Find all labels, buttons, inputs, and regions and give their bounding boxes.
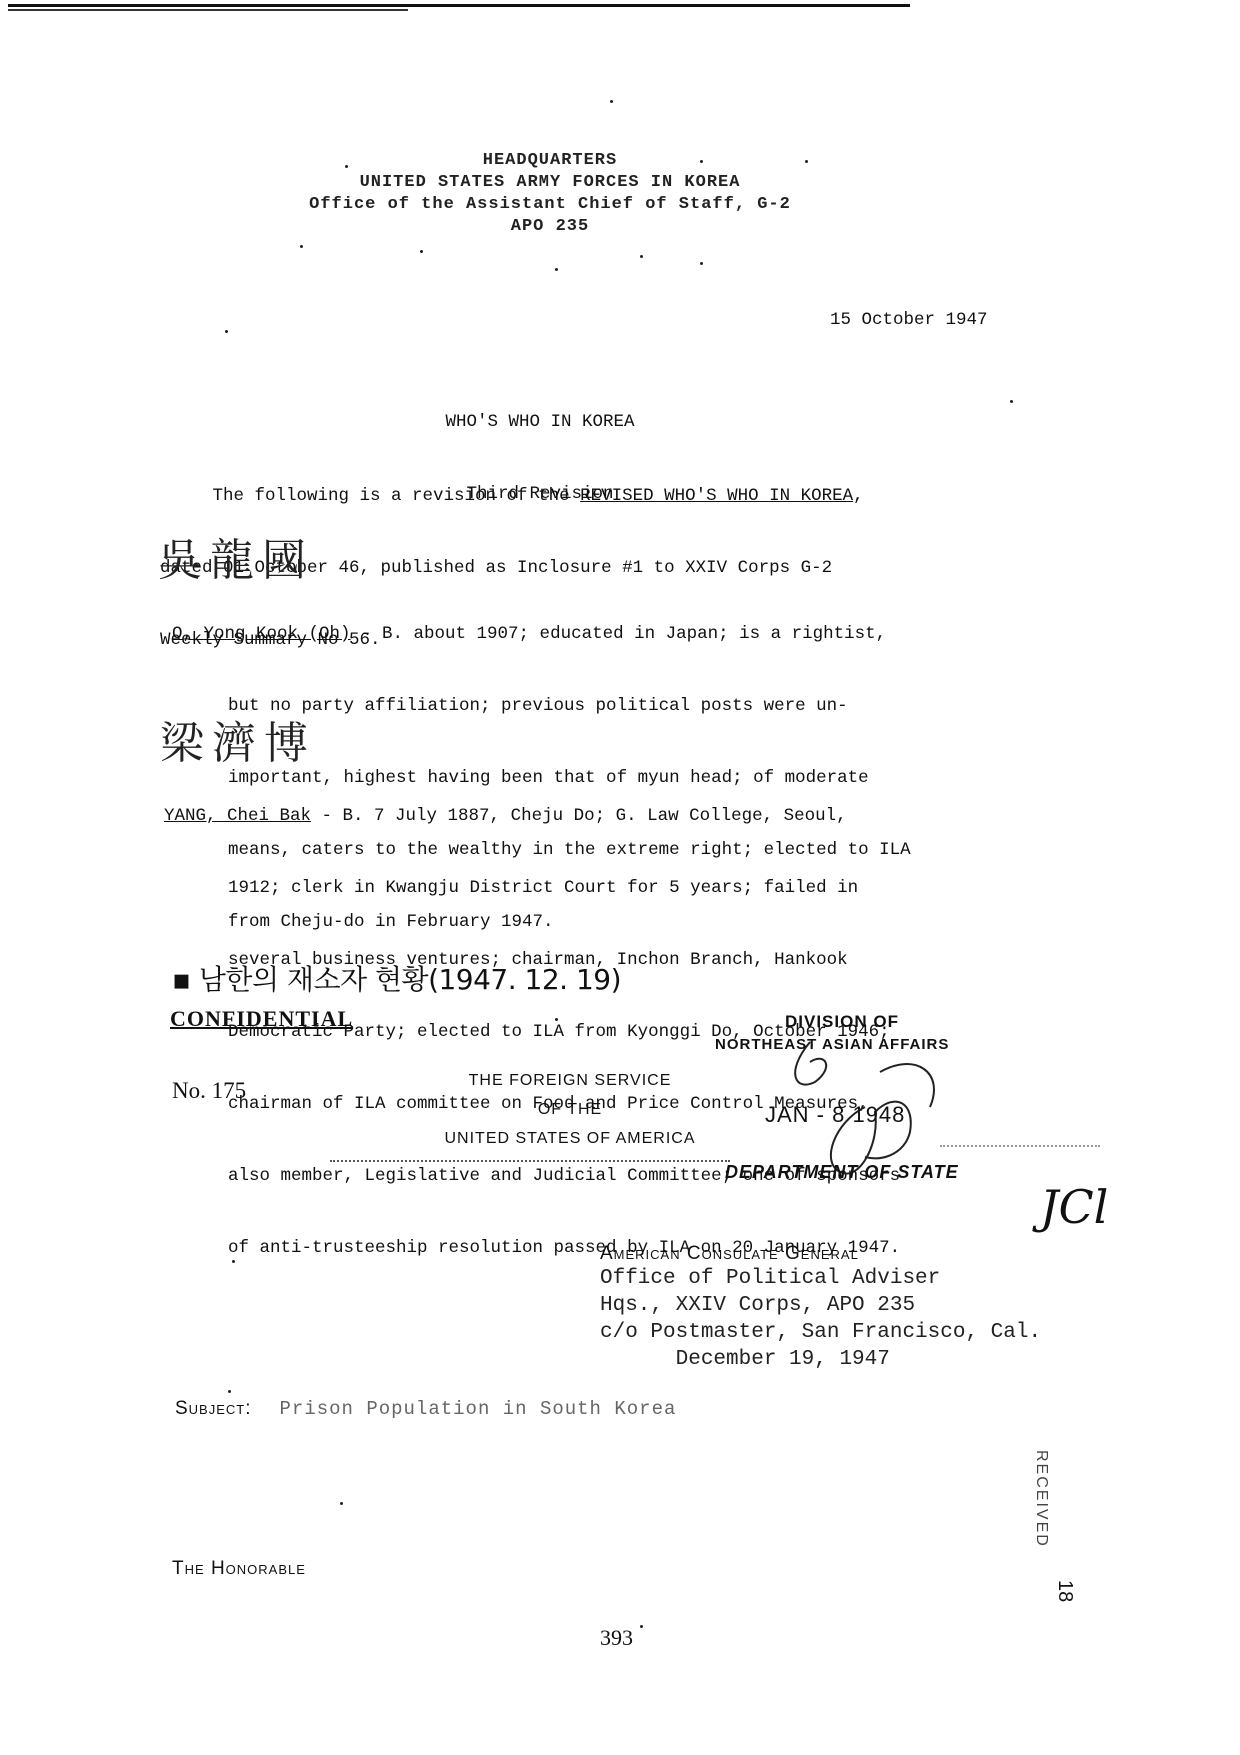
letterhead-line: Office of the Assistant Chief of Staff, … <box>240 194 860 216</box>
dotted-divider <box>330 1160 730 1162</box>
page-number: 393 <box>600 1625 633 1651</box>
addressee: The Honorable <box>172 1558 306 1580</box>
scan-border-line <box>8 4 910 7</box>
letterhead-line: UNITED STATES ARMY FORCES IN KOREA <box>240 172 860 194</box>
sender-address: American Consulate General Office of Pol… <box>600 1243 1041 1373</box>
dispatch-number: No. 175 <box>172 1078 246 1104</box>
entry-name: O, Yong Kook (Oh) <box>172 624 351 644</box>
letterhead-line: APO 235 <box>240 216 860 238</box>
entry-text: - B. 7 July 1887, Cheju Do; G. Law Colle… <box>311 806 847 826</box>
letterhead-line: UNITED STATES OF AMERICA <box>400 1124 740 1153</box>
dispatch-date: December 19, 1947 <box>600 1346 1041 1373</box>
sender-line: Office of Political Adviser <box>600 1265 1041 1292</box>
memo-date: 15 October 1947 <box>830 308 988 332</box>
subject-line: Subject:Prison Population in South Korea <box>175 1398 676 1420</box>
intro-lead: The following is a revision of the <box>160 486 580 506</box>
letterhead-line: OF THE <box>400 1095 740 1124</box>
entry-name: YANG, Chei Bak <box>164 806 311 826</box>
stamp-date: JAN - 8 1948 <box>765 1102 905 1128</box>
stamp-line: NORTHEAST ASIAN AFFAIRS <box>715 1036 949 1053</box>
side-stamp-line: 18 <box>1053 1580 1076 1602</box>
side-stamp-line: RECEIVED <box>1032 1450 1050 1548</box>
memo-title-line1: WHO'S WHO IN KOREA <box>340 410 740 434</box>
sender-line: c/o Postmaster, San Francisco, Cal. <box>600 1319 1041 1346</box>
stamp-line: DEPARTMENT OF STATE <box>725 1162 959 1183</box>
side-received-stamp: RECEIVED 18 <box>1020 1450 1080 1630</box>
foreign-service-letterhead: THE FOREIGN SERVICE OF THE UNITED STATES… <box>400 1066 740 1153</box>
sender-line: Hqs., XXIV Corps, APO 235 <box>600 1292 1041 1319</box>
scan-border-line <box>8 9 408 11</box>
subject-value: Prison Population in South Korea <box>280 1398 677 1420</box>
section-caption-korean: ▪ 남한의 재소자 현황(1947. 12. 19) <box>172 958 621 998</box>
letterhead-line: HEADQUARTERS <box>240 150 860 172</box>
letterhead-line: THE FOREIGN SERVICE <box>400 1066 740 1095</box>
intro-referenced-title: REVISED WHO'S WHO IN KOREA <box>580 486 853 506</box>
stamp-line: DIVISION OF <box>785 1012 899 1032</box>
memo-letterhead: HEADQUARTERS UNITED STATES ARMY FORCES I… <box>240 150 860 238</box>
handwritten-initials: JCl <box>1040 1180 1108 1234</box>
classification-marking: CONFIDENTIAL <box>170 1006 353 1032</box>
intro-punct: , <box>853 486 864 506</box>
sender-title: American Consulate General <box>600 1243 1041 1265</box>
subject-label: Subject: <box>175 1398 252 1419</box>
entry-text: 1912; clerk in Kwangju District Court fo… <box>164 876 900 900</box>
entry-text: - B. about 1907; educated in Japan; is a… <box>351 624 887 644</box>
